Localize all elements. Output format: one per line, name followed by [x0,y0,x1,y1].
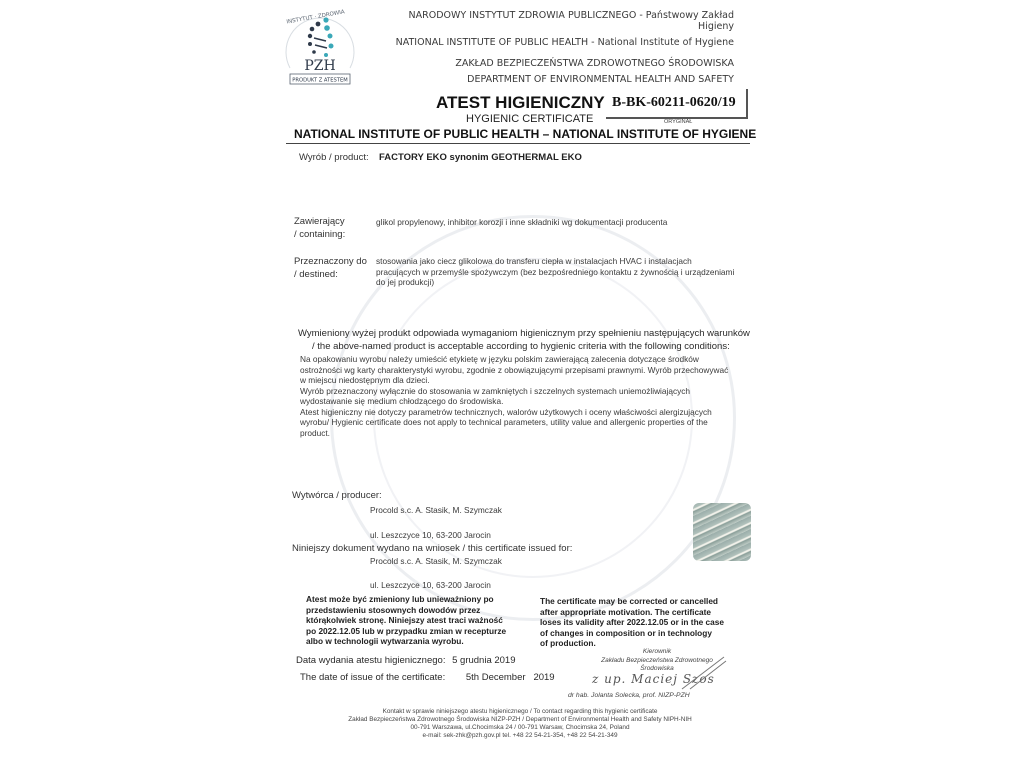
svg-text:INSTYTUT · ZDROWIA: INSTYTUT · ZDROWIA [286,9,345,25]
pzh-logo: INSTYTUT · ZDROWIA PZH PRODUKT Z ATESTEM [276,2,364,88]
containing-label: Zawierający / containing: [294,215,345,241]
condition-line: Na opakowaniu wyrobu należy umieścić ety… [300,354,728,365]
destined-label-en: / destined: [294,268,367,281]
containing-label-pl: Zawierający [294,215,345,228]
validity-en-line: after appropriate motivation. The certif… [540,607,724,618]
issue-date-value-pl: 5 grudnia 2019 [452,655,515,666]
footer-line: Kontakt w sprawie niniejszego atestu hig… [300,708,740,716]
issued-for-name: Procold s.c. A. Stasik, M. Szymczak [370,556,502,567]
condition-line: wyrobu/ Hygienic certificate does not ap… [300,417,728,428]
destined-line: pracujących w przemyśle spożywczym (bez … [376,267,734,278]
condition-line: ostrożności wg karty charakterystyki wyr… [300,365,728,376]
condition-line: Atest higieniczny nie dotyczy parametrów… [300,407,728,418]
original-mark: ORYGINAŁ [664,119,692,125]
product-label: Wyrób / product: [299,152,369,163]
department-name-pl: ZAKŁAD BEZPIECZEŃSTWA ZDROWOTNEGO ŚRODOW… [370,58,734,69]
certificate-title-pl: ATEST HIGIENICZNY [436,93,605,113]
issue-date-label-en: The date of issue of the certificate: [300,672,445,683]
institute-name-en: NATIONAL INSTITUTE OF PUBLIC HEALTH - Na… [370,37,734,48]
validity-pl-line: albo w technologii wytwarzania wyrobu. [306,636,506,647]
product-value: FACTORY EKO synonim GEOTHERMAL EKO [379,152,582,163]
logo-badge: PRODUKT Z ATESTEM [292,78,347,84]
issued-for-label: Niniejszy dokument wydano na wniosek / t… [292,543,572,554]
containing-label-en: / containing: [294,228,345,241]
condition-line: wydostawanie się medium chłodzącego do ś… [300,396,728,407]
destined-value: stosowania jako ciecz glikolowa do trans… [376,256,734,288]
destined-line: stosowania jako ciecz glikolowa do trans… [376,256,734,267]
validity-en-line: The certificate may be corrected or canc… [540,596,724,607]
issue-date-en: The date of issue of the certificate: 5t… [300,672,555,683]
signatory-name: dr hab. Jolanta Solecka, prof. NIZP-PZH [568,692,690,699]
title-divider [286,143,750,144]
validity-pl-line: Atest może być zmieniony lub unieważnion… [306,594,506,605]
institute-banner: NATIONAL INSTITUTE OF PUBLIC HEALTH – NA… [294,127,756,141]
validity-en-line: of production. [540,638,724,649]
institute-name-pl: NARODOWY INSTYTUT ZDROWIA PUBLICZNEGO - … [370,10,734,32]
containing-value: glikol propylenowy, inhibitor korozji i … [376,217,667,228]
footer-line: 00-791 Warszawa, ul.Chocimska 24 / 00-79… [300,724,740,732]
issue-date-pl: Data wydania atestu higienicznego: 5 gru… [296,655,516,666]
validity-pl: Atest może być zmieniony lub unieważnion… [306,594,506,647]
destined-line: do jej produkcji) [376,277,734,288]
validity-en-line: of changes in composition or in technolo… [540,628,724,639]
footer-line: e-mail: sek-zhk@pzh.gov.pl tel. +48 22 5… [300,732,740,740]
destined-label-pl: Przeznaczony do [294,255,367,268]
condition-line: product. [300,428,728,439]
logo-initials: PZH [304,58,335,74]
hologram-seal [693,503,751,561]
conditions-list: Na opakowaniu wyrobu należy umieścić ety… [300,354,728,438]
footer-line: Zakład Bezpieczeństwa Zdrowotnego Środow… [300,716,740,724]
validity-pl-line: po 2022.12.05 lub w przypadku zmian w re… [306,626,506,637]
footer-contact: Kontakt w sprawie niniejszego atestu hig… [300,708,740,740]
conditions-intro-pl: Wymieniony wyżej produkt odpowiada wymag… [298,328,750,339]
certificate-title-en: HYGIENIC CERTIFICATE [466,113,593,125]
validity-pl-line: którąkolwiek stronę. Niniejszy atest tra… [306,615,506,626]
issued-for-address: ul. Leszczyce 10, 63-200 Jarocin [370,580,491,591]
destined-label: Przeznaczony do / destined: [294,255,367,281]
producer-label: Wytwórca / producer: [292,490,382,501]
conditions-intro-en: / the above-named product is acceptable … [312,341,730,352]
institute-header: NARODOWY INSTYTUT ZDROWIA PUBLICZNEGO - … [370,10,734,85]
signature-stroke [680,655,730,693]
condition-line: w miejscu niedostępnym dla dzieci. [300,375,728,386]
validity-en: The certificate may be corrected or canc… [540,596,724,649]
validity-pl-line: przedstawieniu stosownych dowodów przez [306,605,506,616]
certificate-number: B-BK-60211-0620/19 [612,95,736,111]
condition-line: Wyrób przeznaczony wyłącznie do stosowan… [300,386,728,397]
department-name-en: DEPARTMENT OF ENVIRONMENTAL HEALTH AND S… [370,74,734,85]
issue-date-value-en: 5th December 2019 [466,672,555,683]
validity-en-line: loses its validity after 2022.12.05 or i… [540,617,724,628]
issue-date-label-pl: Data wydania atestu higienicznego: [296,655,445,666]
producer-name: Procold s.c. A. Stasik, M. Szymczak [370,505,502,516]
producer-address: ul. Leszczyce 10, 63-200 Jarocin [370,530,491,541]
